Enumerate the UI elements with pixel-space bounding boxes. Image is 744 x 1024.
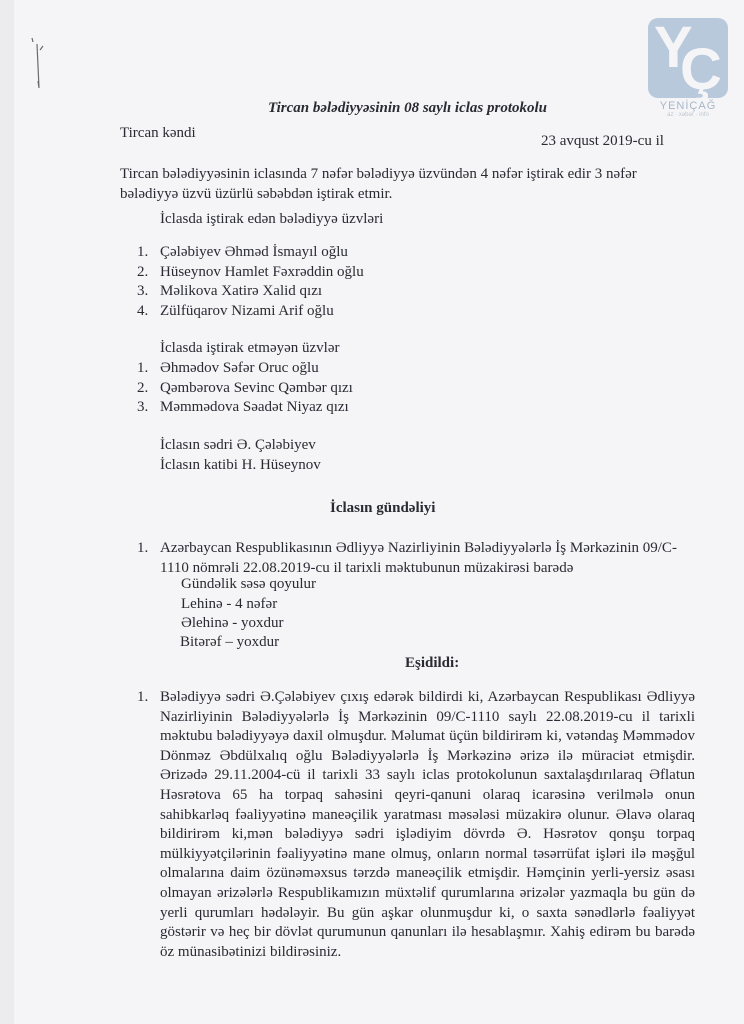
list-item: 4.Zülfüqarov Nizami Arif oğlu [137, 303, 364, 323]
member-name: Zülfüqarov Nizami Arif oğlu [160, 303, 334, 323]
document-date: 23 avqust 2019-cu il [541, 133, 664, 150]
agenda-title: İclasın gündəliyi [330, 500, 435, 517]
document-place: Tircan kəndi [120, 125, 196, 142]
scan-edge [0, 0, 14, 1024]
vote-label: Gündəlik səsə qoyulur [181, 576, 316, 593]
heard-item-text: Bələdiyyə sədri Ə.Çələbiyev çıxış edərək… [160, 688, 695, 962]
heard-title: Eşidildi: [405, 655, 459, 672]
vote-against: Əlehinə - yoxdur [181, 615, 283, 632]
agenda-item: 1. Azərbaycan Respublikasının Ədliyyə Na… [137, 538, 697, 578]
agenda-item-text: Azərbaycan Respublikasının Ədliyyə Nazir… [160, 538, 697, 578]
logo-badge: Y Ç [648, 18, 728, 98]
member-name: Əhmədov Səfər Oruc oğlu [160, 360, 319, 380]
member-name: Məmmədova Səadət Niyaz qızı [160, 399, 349, 419]
meeting-chair: İclasın sədri Ə. Çələbiyev [160, 437, 316, 454]
absent-members-label: İclasda iştirak etməyən üzvlər [160, 340, 340, 357]
member-name: Çələbiyev Əhməd İsmayıl oğlu [160, 244, 348, 264]
logo-name: YENİÇAĞ [648, 100, 728, 112]
absent-members-list: 1.Əhmədov Səfər Oruc oğlu 2.Qəmbərova Se… [137, 360, 353, 419]
member-name: Hüseynov Hamlet Fəxrəddin oğlu [160, 264, 364, 284]
vote-for: Lehinə - 4 nəfər [181, 596, 277, 613]
member-name: Qəmbərova Sevinc Qəmbər qızı [160, 380, 353, 400]
present-members-list: 1.Çələbiyev Əhməd İsmayıl oğlu 2.Hüseyno… [137, 244, 364, 322]
logo-subtitle: az · xəbər · info [648, 112, 728, 118]
meeting-secretary: İclasın katibi H. Hüseynov [160, 457, 321, 474]
heard-item: 1. Bələdiyyə sədri Ə.Çələbiyev çıxış edə… [137, 688, 695, 962]
signature-mark-icon [28, 36, 48, 96]
member-name: Məlikova Xatirə Xalid qızı [160, 283, 322, 303]
list-item: 3.Məmmədova Səadət Niyaz qızı [137, 399, 353, 419]
present-members-label: İclasda iştirak edən bələdiyyə üzvləri [160, 211, 383, 228]
list-item: 1.Əhmədov Səfər Oruc oğlu [137, 360, 353, 380]
document-title: Tircan bələdiyyəsinin 08 saylı iclas pro… [268, 100, 547, 117]
list-item: 2.Qəmbərova Sevinc Qəmbər qızı [137, 380, 353, 400]
watermark-logo: Y Ç YENİÇAĞ az · xəbər · info [648, 18, 728, 118]
list-item: 1.Çələbiyev Əhməd İsmayıl oğlu [137, 244, 364, 264]
logo-letter-c: Ç [680, 36, 722, 98]
list-item: 2.Hüseynov Hamlet Fəxrəddin oğlu [137, 264, 364, 284]
document-page: Y Ç YENİÇAĞ az · xəbər · info Tircan bəl… [0, 0, 744, 1024]
vote-abstain: Bitərəf – yoxdur [180, 634, 279, 651]
intro-paragraph: Tircan bələdiyyəsinin iclasında 7 nəfər … [120, 164, 695, 204]
list-item: 3.Məlikova Xatirə Xalid qızı [137, 283, 364, 303]
